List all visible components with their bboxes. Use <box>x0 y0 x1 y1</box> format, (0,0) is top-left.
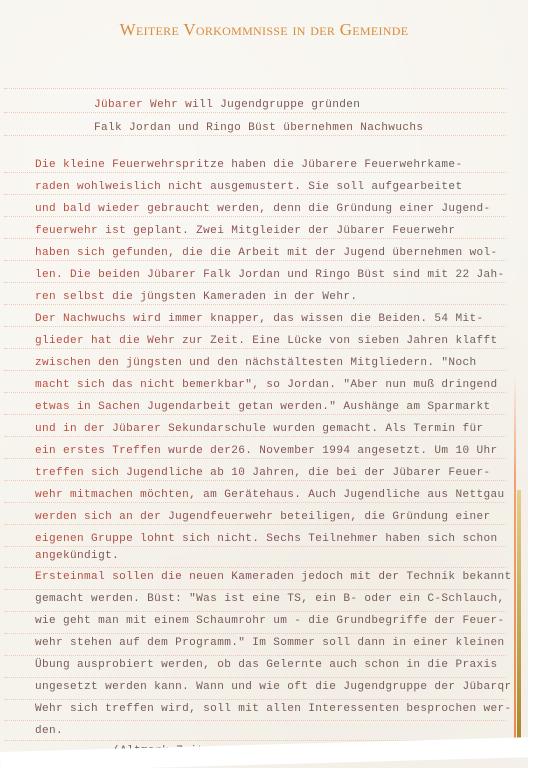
ruled-line <box>4 304 506 305</box>
body-line: macht sich das nicht bemerkbar", so Jord… <box>35 378 497 392</box>
document-page: Weitere Vorkommnisse in der Gemeinde Jüb… <box>0 0 528 768</box>
ruled-line <box>4 436 506 437</box>
body-line: glieder hat die Wehr zur Zeit. Eine Lück… <box>35 334 497 348</box>
ruled-line <box>4 112 506 113</box>
ruled-line <box>4 370 506 371</box>
article-headline: Jübarer Wehr will Jugendgruppe gründen <box>94 98 360 112</box>
body-line: Die kleine Feuerwehrspritze haben die Jü… <box>35 158 462 172</box>
ruled-line <box>4 172 506 173</box>
ruled-line <box>4 611 506 612</box>
body-line: zwischen den jüngsten und den nächstälte… <box>35 356 476 370</box>
body-line: Ersteinmal sollen die neuen Kameraden je… <box>35 570 512 584</box>
ruled-line <box>4 567 506 568</box>
body-line: Wehr sich treffen wird, soll mit allen I… <box>35 702 512 716</box>
body-line: wehr stehen auf dem Programm." Im Sommer… <box>35 636 505 650</box>
page-title: Weitere Vorkommnisse in der Gemeinde <box>0 20 528 40</box>
ruled-line <box>4 282 506 283</box>
ruled-line <box>4 458 506 459</box>
body-line: len. Die beiden Jübarer Falk Jordan und … <box>35 268 505 282</box>
ruled-line <box>4 260 506 261</box>
ruled-line <box>4 633 506 634</box>
body-line: Der Nachwuchs wird immer knapper, das wi… <box>35 312 483 326</box>
article-subheadline: Falk Jordan und Ringo Büst übernehmen Na… <box>94 121 423 135</box>
ruled-line <box>4 546 506 547</box>
ruled-line <box>4 392 506 393</box>
body-line: raden wohlweislich nicht ausgemustert. S… <box>35 180 462 194</box>
body-line: Übung ausprobiert werden, ob das Gelernt… <box>35 658 497 672</box>
ruled-line <box>4 216 506 217</box>
body-line: ungesetzt werden kann. Wann und wie oft … <box>35 680 512 694</box>
body-line: gemacht werden. Büst: "Was ist eine TS, … <box>35 592 505 606</box>
ruled-line <box>4 699 506 700</box>
body-line: feuerwehr ist geplant. Zwei Mitgleider d… <box>35 224 455 238</box>
body-line: treffen sich Jugendliche ab 10 Jahren, d… <box>35 466 490 480</box>
page-edge-gold <box>517 490 521 740</box>
body-line: und in der Jübarer Sekundarschule wurden… <box>35 422 483 436</box>
ruled-line <box>4 135 506 136</box>
ruled-line <box>4 655 506 656</box>
ruled-line <box>4 414 506 415</box>
body-line: den. <box>35 724 63 738</box>
ruled-line <box>4 677 506 678</box>
body-line: haben sich gefunden, die die Arbeit mit … <box>35 246 497 260</box>
body-line: und bald wieder gebraucht werden, denn d… <box>35 202 490 216</box>
body-line: angekündigt. <box>35 549 119 563</box>
ruled-line <box>4 589 506 590</box>
body-line: etwas in Sachen Jugendarbeit getan werde… <box>35 400 490 414</box>
body-line: ein erstes Treffen wurde der26. November… <box>35 444 497 458</box>
ruled-line <box>4 524 506 525</box>
ruled-line <box>4 88 506 89</box>
body-line: werden sich an der Jugendfeuerwehr betei… <box>35 510 490 524</box>
ruled-line <box>4 502 506 503</box>
ruled-line <box>4 194 506 195</box>
ruled-line <box>4 238 506 239</box>
body-line: ren selbst die jüngsten Kameraden in der… <box>35 290 357 304</box>
ruled-line <box>4 348 506 349</box>
body-line: wehr mitmachen möchten, am Gerätehaus. A… <box>35 488 505 502</box>
ruled-line <box>4 480 506 481</box>
ruled-line <box>4 326 506 327</box>
body-line: eigenen Gruppe lohnt sich nicht. Sechs T… <box>35 532 497 546</box>
ruled-line <box>4 720 506 721</box>
page-edge-orange <box>514 370 516 740</box>
body-line: wie geht man mit einem Schaumrohr um - d… <box>35 614 505 628</box>
page-edge <box>514 370 528 740</box>
